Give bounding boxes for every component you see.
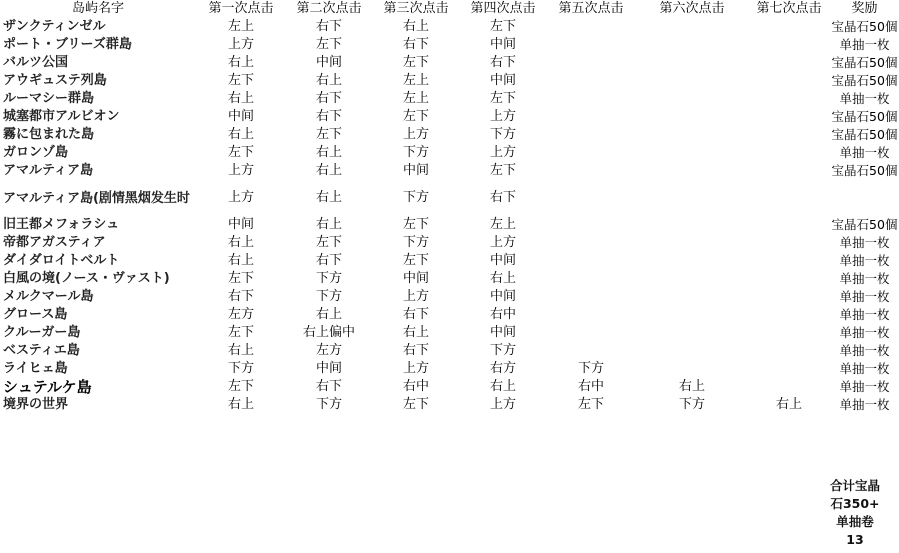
click-6-position <box>636 108 748 126</box>
click-1-position: 右下 <box>196 288 286 306</box>
click-4-position: 上方 <box>460 396 546 414</box>
reward: 单抽一枚 <box>830 90 899 108</box>
click-6-position <box>636 126 748 144</box>
click-3-position: 上方 <box>372 360 460 378</box>
click-4-position: 上方 <box>460 108 546 126</box>
island-name: グロース島 <box>0 306 196 324</box>
click-1-position: 左下 <box>196 270 286 288</box>
click-3-position: 左下 <box>372 54 460 72</box>
click-2-position: 右上 <box>286 306 372 324</box>
click-5-position <box>546 72 636 90</box>
click-7-position <box>748 54 830 72</box>
click-4-position: 下方 <box>460 126 546 144</box>
click-2-position: 右下 <box>286 18 372 36</box>
table-row: 白風の境(ノース・ヴァスト)左下下方中间右上单抽一枚 <box>0 270 899 288</box>
click-7-position <box>748 252 830 270</box>
click-4-position: 中间 <box>460 72 546 90</box>
click-2-position: 下方 <box>286 270 372 288</box>
click-3-position: 左下 <box>372 252 460 270</box>
table-row: ベスティエ島右上左方右下下方单抽一枚 <box>0 342 899 360</box>
click-3-position: 左下 <box>372 108 460 126</box>
click-3-position: 下方 <box>372 144 460 162</box>
click-5-position <box>546 180 636 216</box>
click-1-position: 右上 <box>196 234 286 252</box>
click-7-position <box>748 270 830 288</box>
click-7-position <box>748 36 830 54</box>
click-3-position: 左上 <box>372 72 460 90</box>
table-row: アマルティア島(剧情黑烟发生时上方右上下方右下 <box>0 180 899 216</box>
click-5-position <box>546 234 636 252</box>
click-1-position: 上方 <box>196 180 286 216</box>
click-2-position: 右上偏中 <box>286 324 372 342</box>
header-click-7: 第七次点击 <box>748 0 830 18</box>
click-3-position: 中间 <box>372 162 460 180</box>
click-4-position: 右上 <box>460 378 546 396</box>
click-2-position: 左下 <box>286 36 372 54</box>
reward: 单抽一枚 <box>830 288 899 306</box>
click-7-position <box>748 324 830 342</box>
click-1-position: 中间 <box>196 108 286 126</box>
island-name: 白風の境(ノース・ヴァスト) <box>0 270 196 288</box>
click-1-position: 上方 <box>196 36 286 54</box>
reward: 宝晶石50個 <box>830 108 899 126</box>
click-6-position <box>636 162 748 180</box>
click-4-position: 右方 <box>460 360 546 378</box>
click-6-position <box>636 306 748 324</box>
click-4-position: 上方 <box>460 144 546 162</box>
click-1-position: 右上 <box>196 252 286 270</box>
click-7-position <box>748 108 830 126</box>
island-name: アマルティア島(剧情黑烟发生时 <box>0 180 196 216</box>
click-4-position: 中间 <box>460 36 546 54</box>
table-row: ザンクティンゼル左上右下右上左下宝晶石50個 <box>0 18 899 36</box>
table-row: バルツ公国右上中间左下右下宝晶石50個 <box>0 54 899 72</box>
island-name: バルツ公国 <box>0 54 196 72</box>
click-4-position: 右中 <box>460 306 546 324</box>
click-5-position: 右中 <box>546 378 636 396</box>
click-2-position: 右下 <box>286 378 372 396</box>
click-3-position: 右中 <box>372 378 460 396</box>
click-4-position: 右上 <box>460 270 546 288</box>
reward: 单抽一枚 <box>830 270 899 288</box>
click-7-position <box>748 72 830 90</box>
click-6-position <box>636 270 748 288</box>
table-row: 帝都アガスティア右上左下下方上方单抽一枚 <box>0 234 899 252</box>
table-row: アウギュステ列島左下右上左上中间宝晶石50個 <box>0 72 899 90</box>
reward: 宝晶石50個 <box>830 162 899 180</box>
reward: 单抽一枚 <box>830 360 899 378</box>
click-6-position: 下方 <box>636 396 748 414</box>
island-name: クルーガー島 <box>0 324 196 342</box>
reward: 单抽一枚 <box>830 306 899 324</box>
click-6-position <box>636 234 748 252</box>
click-7-position <box>748 306 830 324</box>
click-5-position <box>546 306 636 324</box>
island-name: 旧王都メフォラシュ <box>0 216 196 234</box>
island-name: ルーマシー群島 <box>0 90 196 108</box>
click-3-position: 上方 <box>372 126 460 144</box>
island-name: 帝都アガスティア <box>0 234 196 252</box>
reward <box>830 180 899 216</box>
reward: 宝晶石50個 <box>830 54 899 72</box>
click-1-position: 右上 <box>196 90 286 108</box>
table-row: 霧に包まれた島右上左下上方下方宝晶石50個 <box>0 126 899 144</box>
click-7-position <box>748 378 830 396</box>
click-6-position <box>636 90 748 108</box>
click-6-position <box>636 252 748 270</box>
island-name: ポート・ブリーズ群島 <box>0 36 196 54</box>
click-7-position <box>748 216 830 234</box>
click-1-position: 左下 <box>196 378 286 396</box>
table-row: ポート・ブリーズ群島上方左下右下中间单抽一枚 <box>0 36 899 54</box>
click-4-position: 左下 <box>460 90 546 108</box>
click-3-position: 右下 <box>372 306 460 324</box>
island-name: アウギュステ列島 <box>0 72 196 90</box>
click-2-position: 下方 <box>286 396 372 414</box>
click-3-position: 下方 <box>372 234 460 252</box>
click-6-position <box>636 180 748 216</box>
click-1-position: 左下 <box>196 144 286 162</box>
header-click-2: 第二次点击 <box>286 0 372 18</box>
reward: 宝晶石50個 <box>830 72 899 90</box>
click-3-position: 右上 <box>372 324 460 342</box>
click-2-position: 左下 <box>286 234 372 252</box>
click-7-position <box>748 162 830 180</box>
click-3-position: 左下 <box>372 216 460 234</box>
click-5-position <box>546 342 636 360</box>
click-1-position: 中间 <box>196 216 286 234</box>
click-1-position: 左上 <box>196 18 286 36</box>
click-5-position <box>546 126 636 144</box>
click-2-position: 下方 <box>286 288 372 306</box>
table-row: グロース島左方右上右下右中单抽一枚 <box>0 306 899 324</box>
click-7-position <box>748 360 830 378</box>
click-6-position <box>636 18 748 36</box>
click-3-position: 左下 <box>372 396 460 414</box>
click-6-position <box>636 342 748 360</box>
click-1-position: 右上 <box>196 342 286 360</box>
click-2-position: 右上 <box>286 72 372 90</box>
click-2-position: 左方 <box>286 342 372 360</box>
click-2-position: 左下 <box>286 126 372 144</box>
click-1-position: 左下 <box>196 324 286 342</box>
total-summary: 合计宝晶 石350+ 单抽卷 13 <box>815 477 895 549</box>
header-click-3: 第三次点击 <box>372 0 460 18</box>
reward: 宝晶石50個 <box>830 216 899 234</box>
click-3-position: 下方 <box>372 180 460 216</box>
table-row: 境界の世界右上下方左下上方左下下方右上单抽一枚 <box>0 396 899 414</box>
header-row: 岛屿名字 第一次点击 第二次点击 第三次点击 第四次点击 第五次点击 第六次点击… <box>0 0 899 18</box>
click-4-position: 中间 <box>460 324 546 342</box>
reward: 单抽一枚 <box>830 378 899 396</box>
table-row: クルーガー島左下右上偏中右上中间单抽一枚 <box>0 324 899 342</box>
click-7-position <box>748 18 830 36</box>
click-2-position: 右上 <box>286 144 372 162</box>
click-1-position: 左方 <box>196 306 286 324</box>
reward: 单抽一枚 <box>830 144 899 162</box>
header-click-4: 第四次点击 <box>460 0 546 18</box>
click-2-position: 右上 <box>286 216 372 234</box>
click-5-position <box>546 252 636 270</box>
click-7-position <box>748 234 830 252</box>
click-1-position: 左下 <box>196 72 286 90</box>
reward: 单抽一枚 <box>830 252 899 270</box>
click-4-position: 右下 <box>460 54 546 72</box>
click-6-position <box>636 36 748 54</box>
click-4-position: 左上 <box>460 216 546 234</box>
click-2-position: 中间 <box>286 360 372 378</box>
click-1-position: 下方 <box>196 360 286 378</box>
click-1-position: 右上 <box>196 126 286 144</box>
island-name: ライヒェ島 <box>0 360 196 378</box>
click-6-position: 右上 <box>636 378 748 396</box>
island-name: アマルティア島 <box>0 162 196 180</box>
click-7-position <box>748 180 830 216</box>
island-name: ガロンゾ島 <box>0 144 196 162</box>
click-5-position <box>546 270 636 288</box>
click-2-position: 右下 <box>286 90 372 108</box>
click-4-position: 左下 <box>460 18 546 36</box>
click-6-position <box>636 360 748 378</box>
click-5-position <box>546 108 636 126</box>
click-1-position: 右上 <box>196 54 286 72</box>
click-5-position <box>546 90 636 108</box>
click-7-position <box>748 144 830 162</box>
click-7-position <box>748 90 830 108</box>
click-3-position: 右下 <box>372 36 460 54</box>
header-click-6: 第六次点击 <box>636 0 748 18</box>
click-2-position: 右下 <box>286 252 372 270</box>
click-2-position: 右下 <box>286 108 372 126</box>
island-name: 城塞都市アルビオン <box>0 108 196 126</box>
click-6-position <box>636 288 748 306</box>
reward: 单抽一枚 <box>830 396 899 414</box>
click-5-position <box>546 216 636 234</box>
click-1-position: 上方 <box>196 162 286 180</box>
click-2-position: 中间 <box>286 54 372 72</box>
click-4-position: 上方 <box>460 234 546 252</box>
header-click-5: 第五次点击 <box>546 0 636 18</box>
island-name: ダイダロイトベルト <box>0 252 196 270</box>
reward: 单抽一枚 <box>830 324 899 342</box>
island-name: ザンクティンゼル <box>0 18 196 36</box>
table-row: ダイダロイトベルト右上右下左下中间单抽一枚 <box>0 252 899 270</box>
reward: 单抽一枚 <box>830 36 899 54</box>
click-5-position <box>546 36 636 54</box>
island-name: ベスティエ島 <box>0 342 196 360</box>
header-reward: 奖励 <box>830 0 899 18</box>
table-row: アマルティア島上方右上中间左下宝晶石50個 <box>0 162 899 180</box>
click-5-position <box>546 54 636 72</box>
click-7-position <box>748 342 830 360</box>
table-row: シュテルケ島左下右下右中右上右中右上单抽一枚 <box>0 378 899 396</box>
click-5-position <box>546 162 636 180</box>
click-1-position: 右上 <box>196 396 286 414</box>
click-3-position: 右上 <box>372 18 460 36</box>
click-5-position <box>546 144 636 162</box>
click-4-position: 中间 <box>460 288 546 306</box>
click-2-position: 右上 <box>286 162 372 180</box>
click-6-position <box>636 72 748 90</box>
header-island-name: 岛屿名字 <box>0 0 196 18</box>
island-click-table: 岛屿名字 第一次点击 第二次点击 第三次点击 第四次点击 第五次点击 第六次点击… <box>0 0 899 414</box>
reward: 宝晶石50個 <box>830 18 899 36</box>
table-row: 旧王都メフォラシュ中间右上左下左上宝晶石50個 <box>0 216 899 234</box>
table-row: ルーマシー群島右上右下左上左下单抽一枚 <box>0 90 899 108</box>
island-name: メルクマール島 <box>0 288 196 306</box>
click-3-position: 左上 <box>372 90 460 108</box>
table-row: ガロンゾ島左下右上下方上方单抽一枚 <box>0 144 899 162</box>
click-4-position: 左下 <box>460 162 546 180</box>
island-name: シュテルケ島 <box>0 378 196 396</box>
click-5-position <box>546 288 636 306</box>
click-4-position: 下方 <box>460 342 546 360</box>
click-4-position: 中间 <box>460 252 546 270</box>
header-click-1: 第一次点击 <box>196 0 286 18</box>
click-6-position <box>636 216 748 234</box>
reward: 单抽一枚 <box>830 234 899 252</box>
click-7-position: 右上 <box>748 396 830 414</box>
click-5-position: 左下 <box>546 396 636 414</box>
click-6-position <box>636 144 748 162</box>
table-row: 城塞都市アルビオン中间右下左下上方宝晶石50個 <box>0 108 899 126</box>
click-6-position <box>636 324 748 342</box>
click-3-position: 右下 <box>372 342 460 360</box>
click-5-position: 下方 <box>546 360 636 378</box>
reward: 宝晶石50個 <box>830 126 899 144</box>
click-7-position <box>748 288 830 306</box>
click-3-position: 上方 <box>372 288 460 306</box>
click-5-position <box>546 18 636 36</box>
table-row: メルクマール島右下下方上方中间单抽一枚 <box>0 288 899 306</box>
click-6-position <box>636 54 748 72</box>
island-name: 霧に包まれた島 <box>0 126 196 144</box>
reward: 单抽一枚 <box>830 342 899 360</box>
click-2-position: 右上 <box>286 180 372 216</box>
island-name: 境界の世界 <box>0 396 196 414</box>
click-5-position <box>546 324 636 342</box>
click-3-position: 中间 <box>372 270 460 288</box>
click-4-position: 右下 <box>460 180 546 216</box>
table-row: ライヒェ島下方中间上方右方下方单抽一枚 <box>0 360 899 378</box>
click-7-position <box>748 126 830 144</box>
